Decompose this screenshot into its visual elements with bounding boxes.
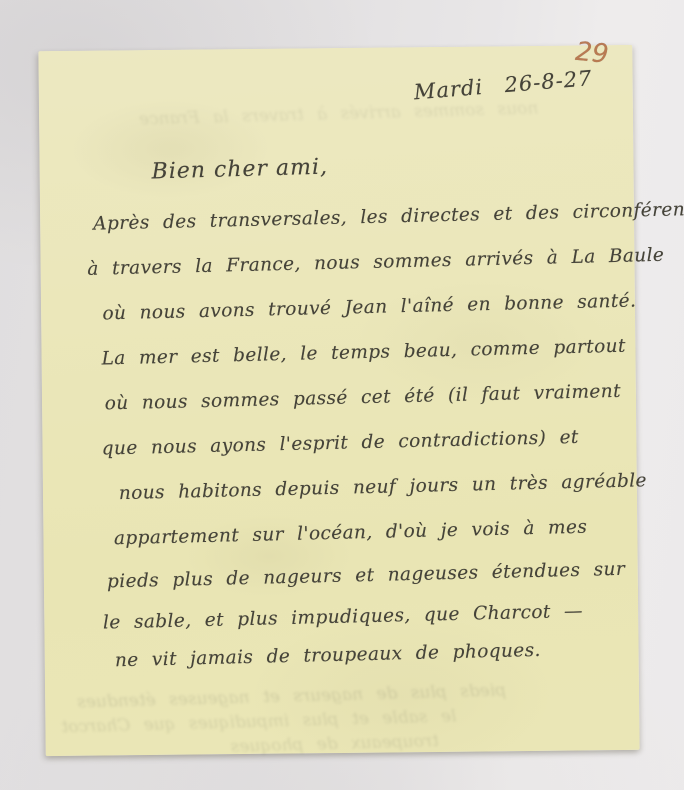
- bleed-through-line: nous sommes arrivés à travers la France: [139, 98, 539, 129]
- photo-background: 29 Mardi 26-8-27 nous sommes arrivés à t…: [0, 0, 684, 790]
- salutation: Bien cher ami,: [151, 155, 328, 185]
- letter-body: Après des transversales, les directes et…: [40, 200, 646, 696]
- letter-paper: 29 Mardi 26-8-27 nous sommes arrivés à t…: [38, 45, 639, 756]
- page-number: 29: [574, 37, 610, 70]
- bleed-through-line: troupeaux de phoques: [230, 731, 439, 757]
